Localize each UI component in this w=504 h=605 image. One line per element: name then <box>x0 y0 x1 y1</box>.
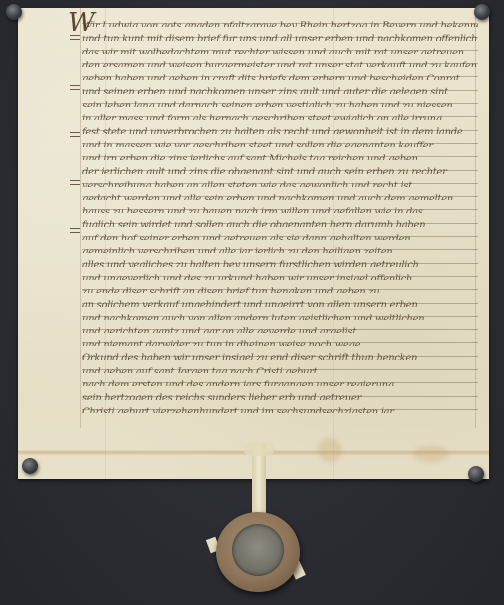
text-line: und gerichten gantz und gar on alle geve… <box>82 320 478 333</box>
text-line: gedacht werden und alle sein erben und n… <box>82 187 478 200</box>
text-line: das wir mit wolbedachtem mut rechter wis… <box>82 41 478 54</box>
seal-impression <box>232 524 284 576</box>
text-line: in aller mass und form als hernach gesch… <box>82 107 478 120</box>
text-line: fuglich sein wirdet und sollen auch die … <box>82 213 478 226</box>
text-line: sein hertzogen des reichs sunders lieber… <box>82 386 478 399</box>
foxing-stain <box>413 446 449 462</box>
text-line: Orkund des haben wir unser insigel zu en… <box>82 346 478 359</box>
mounting-pin-icon <box>474 4 490 20</box>
text-line: sein leben lang und darnach seinen erben… <box>82 94 478 107</box>
text-line: und ungeverlich und des zu urkund haben … <box>82 267 478 280</box>
text-line: nach dem ersten und des andern jars furg… <box>82 373 478 386</box>
text-line: und geben auf sant Jorgen tag nach Crist… <box>82 360 478 373</box>
mounting-pin-icon <box>468 466 484 482</box>
text-line: und niemant darwider zu tun in dheinen w… <box>82 333 478 346</box>
foxing-stain <box>318 438 342 462</box>
margin-mark <box>70 228 80 233</box>
text-line: den ersamen und weisen burgermeister und… <box>82 54 478 67</box>
text-line: alles und yegliches zu halten bey unsern… <box>82 253 478 266</box>
text-line: Wir Ludwig von gots gnaden pfaltzgrave b… <box>82 14 478 27</box>
text-line: und in massen wie vor geschriben steet u… <box>82 134 478 147</box>
text-line: hauss zu bessern und zu bauen nach irm w… <box>82 200 478 213</box>
margin-mark <box>70 85 80 90</box>
seal-tag-slit <box>244 442 274 456</box>
text-line: zu ende diser schrift an disen brief tun… <box>82 280 478 293</box>
margin-mark <box>70 132 80 137</box>
margin-mark <box>70 180 80 185</box>
text-line: verschreibung haben an allen steten wie … <box>82 174 478 187</box>
text-line: und tun kunt mit disem brief fur uns und… <box>82 27 478 40</box>
text-line: fest stete und unverbrochen zu halten al… <box>82 120 478 133</box>
text-line: und seinen erben und nachkomen unser zin… <box>82 80 478 93</box>
charter-text: Wir Ludwig von gots gnaden pfaltzgrave b… <box>82 14 478 413</box>
mounting-pin-icon <box>22 458 38 474</box>
text-line: und irn erben die zins jerlichs auf sant… <box>82 147 478 160</box>
text-line: gemeinlich verschriben und alle jar jerl… <box>82 240 478 253</box>
text-line-content: Christi geburt vierzehenhundert und im s… <box>82 407 394 413</box>
text-line: auf den hof seiner erben und getreuen al… <box>82 227 478 240</box>
text-line: Christi geburt vierzehenhundert und im s… <box>82 400 478 413</box>
margin-ruling-line <box>80 8 81 428</box>
text-line: der jerlichen gult und zins die obgenant… <box>82 160 478 173</box>
mounting-pin-icon <box>6 4 22 20</box>
text-line: geben haben und geben in craft dits brie… <box>82 67 478 80</box>
text-line: an solichem verkauf ungehindert und unge… <box>82 293 478 306</box>
text-line: und nachkomen auch von allen andern lute… <box>82 307 478 320</box>
wax-seal <box>216 512 300 592</box>
